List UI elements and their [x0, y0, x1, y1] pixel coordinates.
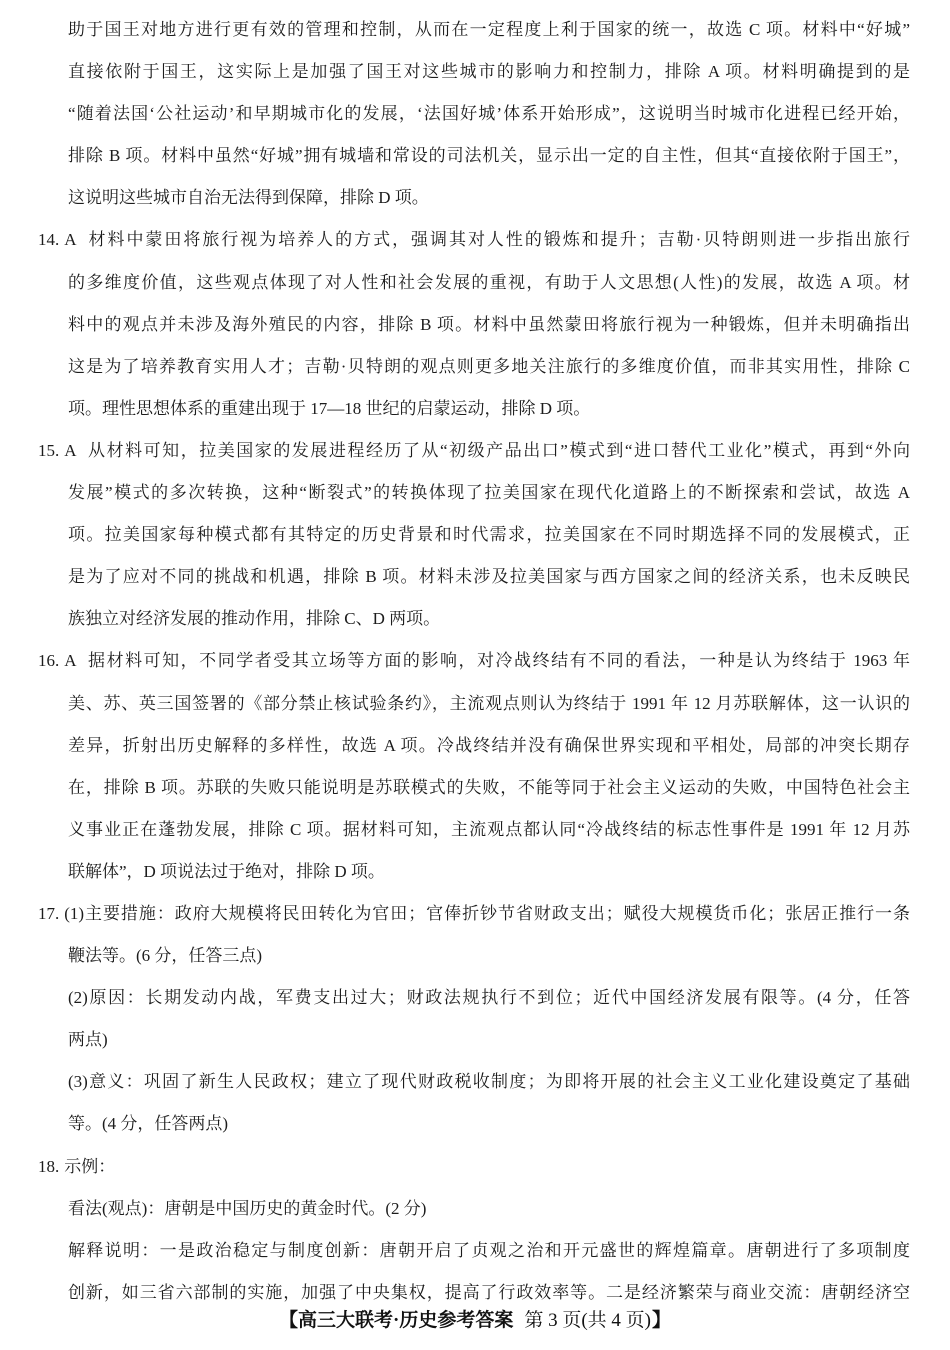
answer-17-part3: (3)意义：巩固了新生人民政权；建立了现代财政税收制度；为即将开展的社会主义工业…: [68, 1061, 910, 1145]
line-text: 创新，如三省六部制的实施，加强了中央集权，提高了行政效率等。二是经济繁荣与商业交…: [68, 1283, 910, 1302]
line-text: 族独立对经济发展的推动作用，排除 C、D 两项。: [68, 609, 440, 628]
line-text: 料中的观点并未涉及海外殖民的内容，排除 B 项。材料中虽然蒙田将旅行视为一种锻炼…: [68, 315, 910, 334]
line-text: 助于国王对地方进行更有效的管理和控制，从而在一定程度上利于国家的统一，故选 C …: [68, 20, 910, 39]
text-line: 助于国王对地方进行更有效的管理和控制，从而在一定程度上利于国家的统一，故选 C …: [68, 9, 910, 51]
text-line: 这说明这些城市自治无法得到保障，排除 D 项。: [68, 177, 910, 219]
line-text: 项。理性思想体系的重建出现于 17—18 世纪的启蒙运动，排除 D 项。: [68, 399, 590, 418]
question-number: 18.: [38, 1157, 59, 1176]
footer-open-bracket: 【: [279, 1310, 298, 1331]
text-line: 族独立对经济发展的推动作用，排除 C、D 两项。: [68, 598, 910, 640]
answer-15: 15.A从材料可知，拉美国家的发展进程经历了从“初级产品出口”模式到“进口替代工…: [68, 430, 910, 640]
answer-17-part2: (2)原因：长期发动内战，军费支出过大；财政法规执行不到位；近代中国经济发展有限…: [68, 977, 910, 1061]
text-line: (3)意义：巩固了新生人民政权；建立了现代财政税收制度；为即将开展的社会主义工业…: [68, 1061, 910, 1103]
line-text: 两点): [68, 1030, 108, 1049]
line-text: 示例：: [64, 1157, 115, 1176]
footer-close-bracket: 】: [652, 1310, 671, 1331]
line-text: 这说明这些城市自治无法得到保障，排除 D 项。: [68, 188, 429, 207]
line-text: 看法(观点)：唐朝是中国历史的黄金时代。(2 分): [68, 1199, 426, 1218]
line-text: 联解体”，D 项说法过于绝对，排除 D 项。: [68, 862, 385, 881]
text-line: 看法(观点)：唐朝是中国历史的黄金时代。(2 分): [68, 1188, 910, 1230]
line-text: 排除 B 项。材料中虽然“好城”拥有城墙和常设的司法机关，显示出一定的自主性，但…: [68, 146, 910, 165]
text-line: 鞭法等。(6 分，任答三点): [68, 935, 910, 977]
answer-13-continuation: 助于国王对地方进行更有效的管理和控制，从而在一定程度上利于国家的统一，故选 C …: [68, 9, 910, 219]
line-text: 据材料可知，不同学者受其立场等方面的影响，对冷战终结有不同的看法，一种是认为终结…: [87, 651, 910, 670]
line-text: 这是为了培养教育实用人才；吉勒·贝特朗的观点则更多地关注旅行的多维度价值，而非其…: [68, 357, 910, 376]
text-line: 排除 B 项。材料中虽然“好城”拥有城墙和常设的司法机关，显示出一定的自主性，但…: [68, 135, 910, 177]
text-line: 17.(1)主要措施：政府大规模将民田转化为官田；官俸折钞节省财政支出；赋役大规…: [38, 893, 910, 935]
answer-18: 18.示例：看法(观点)：唐朝是中国历史的黄金时代。(2 分)解释说明：一是政治…: [68, 1146, 910, 1314]
line-text: 是为了应对不同的挑战和机遇，排除 B 项。材料未涉及拉美国家与西方国家之间的经济…: [68, 567, 910, 586]
answers-list: 助于国王对地方进行更有效的管理和控制，从而在一定程度上利于国家的统一，故选 C …: [68, 9, 910, 1314]
text-line: 18.示例：: [38, 1146, 910, 1188]
line-text: (3)意义：巩固了新生人民政权；建立了现代财政税收制度；为即将开展的社会主义工业…: [68, 1072, 910, 1091]
line-text: “随着法国‘公社运动’和早期城市化的发展，‘法国好城’体系开始形成”，这说明当时…: [68, 104, 910, 123]
text-line: 联解体”，D 项说法过于绝对，排除 D 项。: [68, 851, 910, 893]
line-text: 项。拉美国家每种模式都有其特定的历史背景和时代需求，拉美国家在不同时期选择不同的…: [68, 525, 910, 544]
line-text: 义事业正在蓬勃发展，排除 C 项。据材料可知，主流观点都认同“冷战终结的标志性事…: [68, 820, 910, 839]
line-text: 直接依附于国王，这实际上是加强了国王对这些城市的影响力和控制力，排除 A 项。材…: [68, 62, 910, 81]
answer-option-letter: A: [64, 230, 76, 249]
text-line: 的多维度价值，这些观点体现了对人性和社会发展的重视，有助于人文思想(人性)的发展…: [68, 262, 910, 304]
text-line: (2)原因：长期发动内战，军费支出过大；财政法规执行不到位；近代中国经济发展有限…: [68, 977, 910, 1019]
question-number: 16.: [38, 651, 59, 670]
line-text: 从材料可知，拉美国家的发展进程经历了从“初级产品出口”模式到“进口替代工业化”模…: [87, 441, 910, 460]
line-text: 发展”模式的多次转换，这种“断裂式”的转换体现了拉美国家在现代化道路上的不断探索…: [68, 483, 910, 502]
line-text: 差异，折射出历史解释的多样性，故选 A 项。冷战终结并没有确保世界实现和平相处，…: [68, 736, 910, 755]
line-text: (1)主要措施：政府大规模将民田转化为官田；官俸折钞节省财政支出；赋役大规模货币…: [64, 904, 910, 923]
answer-option-letter: A: [64, 651, 76, 670]
text-line: 直接依附于国王，这实际上是加强了国王对这些城市的影响力和控制力，排除 A 项。材…: [68, 51, 910, 93]
line-text: 等。(4 分，任答两点): [68, 1114, 228, 1133]
text-line: 两点): [68, 1019, 910, 1061]
question-number: 14.: [38, 230, 59, 249]
text-line: 解释说明：一是政治稳定与制度创新：唐朝开启了贞观之治和开元盛世的辉煌篇章。唐朝进…: [68, 1230, 910, 1272]
footer-page-info: 第 3 页(共 4 页): [524, 1310, 651, 1331]
line-text: 在，排除 B 项。苏联的失败只能说明是苏联模式的失败，不能等同于社会主义运动的失…: [68, 778, 910, 797]
question-number: 17.: [38, 904, 59, 923]
answer-16: 16.A据材料可知，不同学者受其立场等方面的影响，对冷战终结有不同的看法，一种是…: [68, 640, 910, 893]
line-text: 鞭法等。(6 分，任答三点): [68, 946, 262, 965]
answer-17-part1: 17.(1)主要措施：政府大规模将民田转化为官田；官俸折钞节省财政支出；赋役大规…: [68, 893, 910, 977]
line-text: 的多维度价值，这些观点体现了对人性和社会发展的重视，有助于人文思想(人性)的发展…: [68, 273, 910, 292]
text-line: 这是为了培养教育实用人才；吉勒·贝特朗的观点则更多地关注旅行的多维度价值，而非其…: [68, 346, 910, 388]
text-line: 美、苏、英三国签署的《部分禁止核试验条约》，主流观点则认为终结于 1991 年 …: [68, 683, 910, 725]
text-line: 16.A据材料可知，不同学者受其立场等方面的影响，对冷战终结有不同的看法，一种是…: [38, 640, 910, 682]
text-line: 在，排除 B 项。苏联的失败只能说明是苏联模式的失败，不能等同于社会主义运动的失…: [68, 767, 910, 809]
footer-title: 高三大联考·历史参考答案: [298, 1310, 513, 1331]
text-line: 发展”模式的多次转换，这种“断裂式”的转换体现了拉美国家在现代化道路上的不断探索…: [68, 472, 910, 514]
line-text: 解释说明：一是政治稳定与制度创新：唐朝开启了贞观之治和开元盛世的辉煌篇章。唐朝进…: [68, 1241, 910, 1260]
answer-14: 14.A材料中蒙田将旅行视为培养人的方式，强调其对人性的锻炼和提升；吉勒·贝特朗…: [68, 219, 910, 429]
text-line: 料中的观点并未涉及海外殖民的内容，排除 B 项。材料中虽然蒙田将旅行视为一种锻炼…: [68, 304, 910, 346]
line-text: 材料中蒙田将旅行视为培养人的方式，强调其对人性的锻炼和提升；吉勒·贝特朗则进一步…: [87, 230, 910, 249]
text-line: 差异，折射出历史解释的多样性，故选 A 项。冷战终结并没有确保世界实现和平相处，…: [68, 725, 910, 767]
text-line: 义事业正在蓬勃发展，排除 C 项。据材料可知，主流观点都认同“冷战终结的标志性事…: [68, 809, 910, 851]
text-line: “随着法国‘公社运动’和早期城市化的发展，‘法国好城’体系开始形成”，这说明当时…: [68, 93, 910, 135]
text-line: 项。理性思想体系的重建出现于 17—18 世纪的启蒙运动，排除 D 项。: [68, 388, 910, 430]
line-text: (2)原因：长期发动内战，军费支出过大；财政法规执行不到位；近代中国经济发展有限…: [68, 988, 910, 1007]
text-line: 项。拉美国家每种模式都有其特定的历史背景和时代需求，拉美国家在不同时期选择不同的…: [68, 514, 910, 556]
text-line: 等。(4 分，任答两点): [68, 1103, 910, 1145]
text-line: 是为了应对不同的挑战和机遇，排除 B 项。材料未涉及拉美国家与西方国家之间的经济…: [68, 556, 910, 598]
line-text: 美、苏、英三国签署的《部分禁止核试验条约》，主流观点则认为终结于 1991 年 …: [68, 694, 910, 713]
answer-sheet-page: 助于国王对地方进行更有效的管理和控制，从而在一定程度上利于国家的统一，故选 C …: [0, 0, 950, 1350]
text-line: 14.A材料中蒙田将旅行视为培养人的方式，强调其对人性的锻炼和提升；吉勒·贝特朗…: [38, 219, 910, 261]
answer-option-letter: A: [64, 441, 76, 460]
page-footer: 【高三大联考·历史参考答案第 3 页(共 4 页)】: [0, 1306, 950, 1336]
text-line: 15.A从材料可知，拉美国家的发展进程经历了从“初级产品出口”模式到“进口替代工…: [38, 430, 910, 472]
question-number: 15.: [38, 441, 59, 460]
